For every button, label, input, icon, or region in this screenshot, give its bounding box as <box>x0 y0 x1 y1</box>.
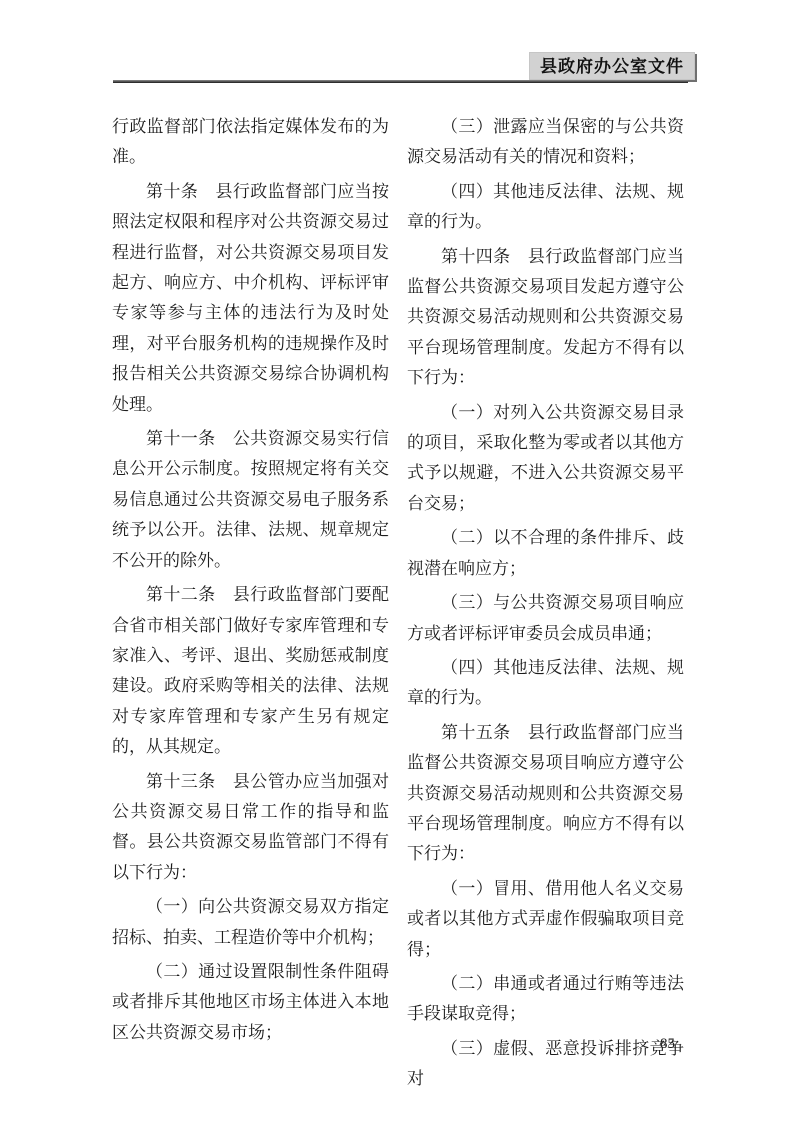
paragraph: 第十条 县行政监督部门应当按照法定权限和程序对公共资源交易过程进行监督，对公共资… <box>112 177 389 420</box>
paragraph: （二）以不合理的条件排斥、歧视潜在响应方； <box>407 523 684 584</box>
paragraph: （一）对列入公共资源交易目录的项目，采取化整为零或者以其他方式予以规避，不进入公… <box>407 398 684 520</box>
page-number: 85 <box>660 1036 675 1053</box>
paragraph: （三）虚假、恶意投诉排挤竞争对 <box>407 1034 684 1095</box>
paragraph: （二）串通或者通过行贿等违法手段谋取竞得； <box>407 969 684 1030</box>
paragraph: （三）与公共资源交易项目响应方或者评标评审委员会成员串通； <box>407 588 684 649</box>
paragraph: （四）其他违反法律、法规、规章的行为。 <box>407 653 684 714</box>
paragraph: 第十一条 公共资源交易实行信息公开公示制度。按照规定将有关交易信息通过公共资源交… <box>112 424 389 576</box>
left-column: 行政监督部门依法指定媒体发布的为准。第十条 县行政监督部门应当按照法定权限和程序… <box>112 112 389 1048</box>
paragraph: 第十四条 县行政监督部门应当监督公共资源交易项目发起方遵守公共资源交易活动规则和… <box>407 242 684 394</box>
header-rule <box>113 80 688 83</box>
paragraph: （一）冒用、借用他人名义交易或者以其他方式弄虚作假骗取项目竞得； <box>407 874 684 965</box>
paragraph: 行政监督部门依法指定媒体发布的为准。 <box>112 112 389 173</box>
paragraph: 第十五条 县行政监督部门应当监督公共资源交易项目响应方遵守公共资源交易活动规则和… <box>407 718 684 870</box>
document-page: 县政府办公室文件 行政监督部门依法指定媒体发布的为准。第十条 县行政监督部门应当… <box>0 0 793 1122</box>
paragraph: （四）其他违反法律、法规、规章的行为。 <box>407 177 684 238</box>
paragraph: （三）泄露应当保密的与公共资源交易活动有关的情况和资料； <box>407 112 684 173</box>
paragraph: （一）向公共资源交易双方指定招标、拍卖、工程造价等中介机构； <box>112 892 389 953</box>
paragraph: 第十三条 县公管办应当加强对公共资源交易日常工作的指导和监督。县公共资源交易监管… <box>112 767 389 889</box>
paragraph: （二）通过设置限制性条件阻碍或者排斥其他地区市场主体进入本地区公共资源交易市场； <box>112 957 389 1048</box>
paragraph: 第十二条 县行政监督部门要配合省市相关部门做好专家库管理和专家准入、考评、退出、… <box>112 580 389 762</box>
right-column: （三）泄露应当保密的与公共资源交易活动有关的情况和资料；（四）其他违反法律、法规… <box>407 112 684 1095</box>
header-document-label: 县政府办公室文件 <box>529 52 695 80</box>
